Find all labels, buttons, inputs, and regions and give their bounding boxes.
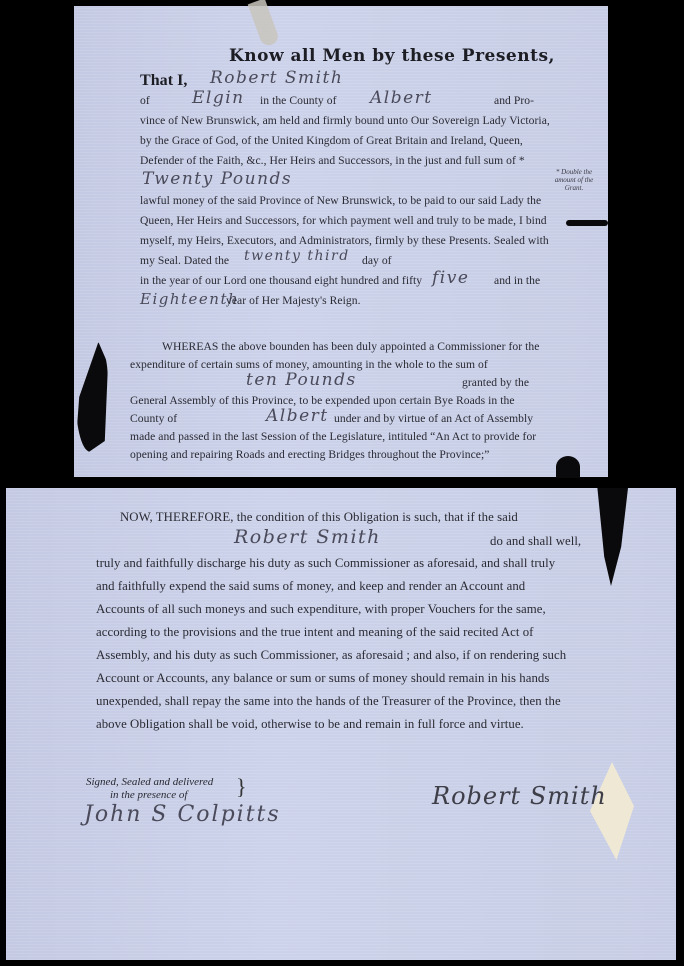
year-label: in the year of our Lord one thousand eig… xyxy=(140,274,422,287)
therefore-line-7: Assembly, and his duty as such Commissio… xyxy=(96,648,566,663)
therefore-line-1: NOW, THEREFORE, the condition of this Ob… xyxy=(120,510,518,525)
handwritten-parish: Elgin xyxy=(192,88,245,108)
handwritten-commissioner-name: Robert Smith xyxy=(234,526,381,548)
that-i-label: That I, xyxy=(140,72,187,89)
do-and-shall-label: do and shall well, xyxy=(490,534,581,549)
granted-by-label: granted by the xyxy=(462,376,529,389)
of-label: of xyxy=(140,94,150,107)
principal-signature: Robert Smith xyxy=(432,782,607,810)
witness-label-line: Signed, Sealed and delivered xyxy=(86,776,213,789)
handwritten-obligor-name: Robert Smith xyxy=(210,68,343,88)
whereas-line-1: WHEREAS the above bounden has been duly … xyxy=(162,340,539,353)
handwritten-year: five xyxy=(432,268,469,288)
bond-line-3: vince of New Brunswick, am held and firm… xyxy=(140,114,550,127)
dated-label: my Seal. Dated the xyxy=(140,254,229,267)
ink-blot xyxy=(594,488,628,586)
top-sheet: Know all Men by these Presents, That I, … xyxy=(74,6,608,477)
bond-line-9: myself, my Heirs, Executors, and Adminis… xyxy=(140,234,549,247)
and-in-the-label: and in the xyxy=(494,274,540,287)
therefore-line-3: truly and faithfully discharge his duty … xyxy=(96,556,555,571)
whereas-line-7: opening and repairing Roads and erecting… xyxy=(130,448,489,461)
pin-mark-icon xyxy=(248,0,281,48)
document-heading: Know all Men by these Presents, xyxy=(229,46,555,66)
bond-line-8: Queen, Her Heirs and Successors, for whi… xyxy=(140,214,547,227)
handwritten-day: twenty third xyxy=(244,248,350,264)
reign-label: year of Her Majesty's Reign. xyxy=(226,294,361,307)
ink-blot xyxy=(556,456,580,478)
bond-line-1: That I, xyxy=(140,72,187,90)
therefore-line-10: above Obligation shall be void, otherwis… xyxy=(96,717,524,732)
county-of-label: County of xyxy=(130,412,177,425)
brace-icon: } xyxy=(236,774,247,800)
and-province-label: and Pro- xyxy=(494,94,534,107)
ink-blot xyxy=(76,342,108,452)
day-of-label: day of xyxy=(362,254,392,267)
county-label: in the County of xyxy=(260,94,336,107)
bond-line-5: Defender of the Faith, &c., Her Heirs an… xyxy=(140,154,525,167)
handwritten-county: Albert xyxy=(370,88,433,108)
handwritten-grant-amount: ten Pounds xyxy=(246,370,357,390)
ink-mark xyxy=(566,220,608,226)
whereas-line-6: made and passed in the last Session of t… xyxy=(130,430,536,443)
handwritten-reign-year: Eighteenth xyxy=(140,290,239,308)
witness-label: Signed, Sealed and delivered in the pres… xyxy=(86,776,213,802)
handwritten-road-county: Albert xyxy=(266,406,329,426)
margin-note-line: amount of the xyxy=(546,176,602,184)
bottom-sheet: NOW, THEREFORE, the condition of this Ob… xyxy=(6,488,676,960)
therefore-line-4: and faithfully expend the said sums of m… xyxy=(96,579,525,594)
handwritten-bond-amount: Twenty Pounds xyxy=(142,169,292,189)
therefore-line-6: according to the provisions and the true… xyxy=(96,625,534,640)
margin-note-line: * Double the xyxy=(546,168,602,176)
therefore-line-8: Account or Accounts, any balance or sum … xyxy=(96,671,549,686)
act-of-assembly-label: under and by virtue of an Act of Assembl… xyxy=(334,412,533,425)
witness-signature: John S Colpitts xyxy=(84,802,281,827)
bond-line-4: by the Grace of God, of the United Kingd… xyxy=(140,134,523,147)
margin-note-line: Grant. xyxy=(546,184,602,192)
therefore-line-9: unexpended, shall repay the same into th… xyxy=(96,694,561,709)
bond-line-7: lawful money of the said Province of New… xyxy=(140,194,541,207)
witness-label-line: in the presence of xyxy=(86,789,213,802)
therefore-line-5: Accounts of all such moneys and such exp… xyxy=(96,602,546,617)
margin-note: * Double the amount of the Grant. xyxy=(546,168,602,192)
